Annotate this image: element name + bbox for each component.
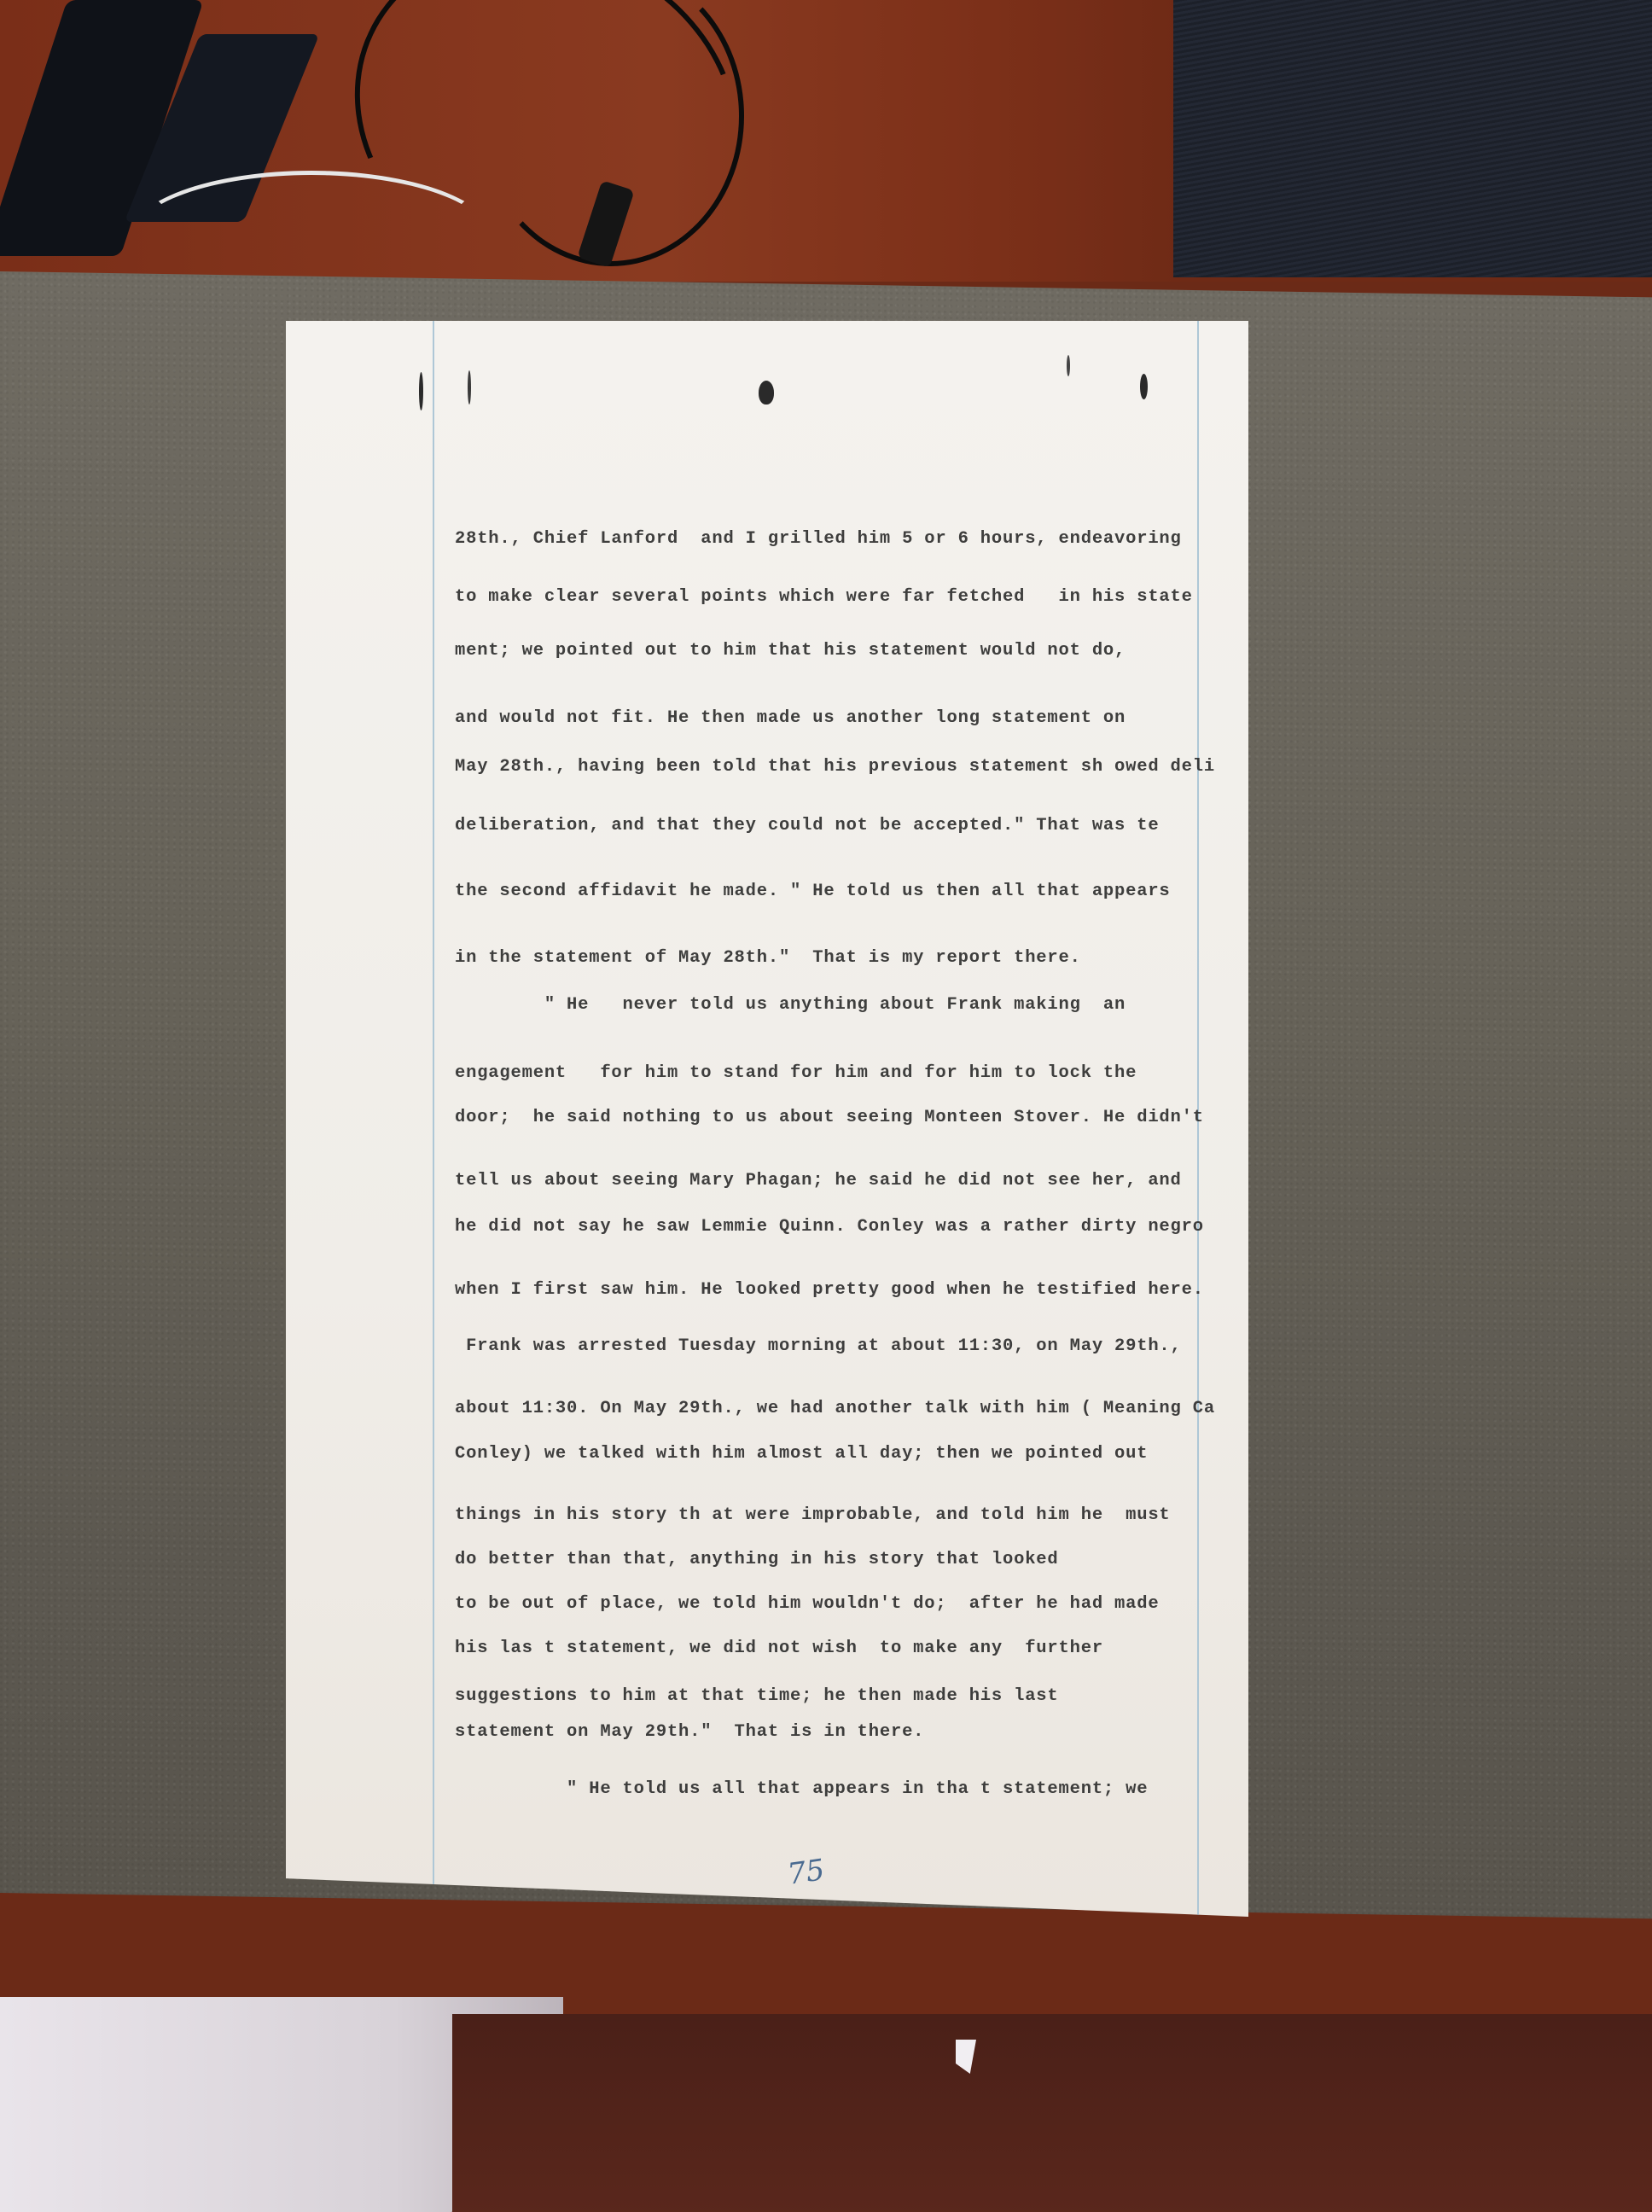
punch-hole	[468, 370, 471, 405]
punch-hole	[1067, 355, 1070, 376]
text-line: to make clear several points which were …	[455, 587, 1193, 607]
desk-lower	[452, 2014, 1652, 2212]
text-line: " He told us all that appears in tha t s…	[455, 1779, 1148, 1799]
text-line: ment; we pointed out to him that his sta…	[455, 641, 1126, 661]
text-line: statement on May 29th." That is in there…	[455, 1722, 924, 1742]
text-line: Frank was arrested Tuesday morning at ab…	[455, 1336, 1182, 1356]
dark-fabric-panel	[1173, 0, 1652, 277]
document-page: 28th., Chief Lanford and I grilled him 5…	[286, 321, 1248, 1917]
text-line: 28th., Chief Lanford and I grilled him 5…	[455, 529, 1182, 549]
text-line: do better than that, anything in his sto…	[455, 1550, 1059, 1569]
text-line: engagement for him to stand for him and …	[455, 1063, 1137, 1083]
text-line: deliberation, and that they could not be…	[455, 816, 1159, 835]
left-margin-line	[433, 321, 434, 1917]
handwritten-page-number: 75	[785, 1853, 826, 1892]
text-line: Conley) we talked with him almost all da…	[455, 1444, 1148, 1464]
punch-hole	[1140, 374, 1148, 399]
text-line: when I first saw him. He looked pretty g…	[455, 1280, 1204, 1300]
text-line: he did not say he saw Lemmie Quinn. Conl…	[455, 1217, 1204, 1237]
text-line: " He never told us anything about Frank …	[455, 995, 1126, 1015]
punch-hole	[759, 381, 774, 405]
text-line: to be out of place, we told him wouldn't…	[455, 1594, 1159, 1614]
text-line: tell us about seeing Mary Phagan; he sai…	[455, 1171, 1182, 1190]
text-line: suggestions to him at that time; he then…	[455, 1686, 1059, 1706]
text-line: May 28th., having been told that his pre…	[455, 757, 1215, 777]
text-line: his las t statement, we did not wish to …	[455, 1639, 1103, 1658]
text-line: about 11:30. On May 29th., we had anothe…	[455, 1399, 1215, 1418]
punch-hole	[419, 372, 423, 410]
text-line: the second affidavit he made. " He told …	[455, 882, 1171, 901]
text-line: and would not fit. He then made us anoth…	[455, 708, 1126, 728]
text-line: in the statement of May 28th." That is m…	[455, 948, 1081, 968]
text-line: things in his story th at were improbabl…	[455, 1505, 1171, 1525]
text-line: door; he said nothing to us about seeing…	[455, 1108, 1204, 1127]
